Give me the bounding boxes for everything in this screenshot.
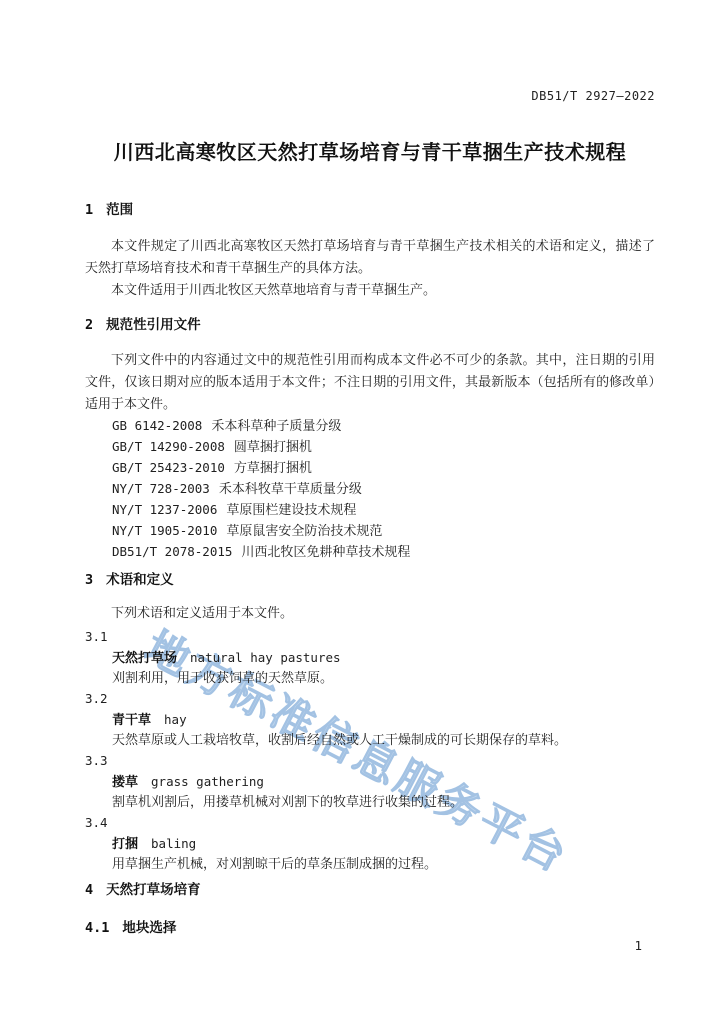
term-zh: 打捆 (112, 837, 138, 852)
term-title: 打捆baling (85, 833, 655, 855)
term-number: 3.1 (85, 627, 655, 647)
term-entry-3-3: 3.3 搂草grass gathering 割草机刈割后，用搂草机械对刈割下的牧… (85, 751, 655, 813)
term-en: baling (151, 836, 196, 851)
reference-title: 川西北牧区免耕种草技术规程 (241, 545, 410, 560)
term-definition: 割草机刈割后，用搂草机械对刈割下的牧草进行收集的过程。 (85, 793, 655, 813)
term-definition: 用草捆生产机械，对刈割晾干后的草条压制成捆的过程。 (85, 855, 655, 875)
clause-3-number: 3 (85, 572, 93, 588)
term-entry-3-2: 3.2 青干草hay 天然草原或人工栽培牧草，收割后经自然或人工干燥制成的可长期… (85, 689, 655, 751)
reference-item: GB/T 14290-2008圆草捆打捆机 (85, 437, 655, 458)
reference-list: GB 6142-2008禾本科草种子质量分级 GB/T 14290-2008圆草… (85, 416, 655, 563)
clause-4-1-heading: 4.1地块选择 (85, 921, 655, 936)
reference-item: NY/T 1905-2010草原鼠害安全防治技术规范 (85, 521, 655, 542)
term-number: 3.2 (85, 689, 655, 709)
term-definition: 刈割利用，用于收获饲草的天然草原。 (85, 669, 655, 689)
reference-code: DB51/T 2078-2015 (112, 544, 232, 559)
clause-4-heading: 4天然打草场培育 (85, 883, 655, 898)
clause-1-heading: 1范围 (85, 203, 655, 218)
reference-code: GB 6142-2008 (112, 418, 202, 433)
clause-4-title: 天然打草场培育 (106, 882, 201, 898)
reference-title: 草原围栏建设技术规程 (226, 503, 356, 518)
reference-code: NY/T 728-2003 (112, 481, 210, 496)
page-number: 1 (634, 938, 642, 953)
terms-intro: 下列术语和定义适用于本文件。 (85, 603, 655, 625)
term-en: hay (164, 712, 187, 727)
reference-item: GB/T 25423-2010方草捆打捆机 (85, 458, 655, 479)
doc-code: DB51/T 2927—2022 (85, 89, 655, 104)
term-number: 3.3 (85, 751, 655, 771)
reference-title: 圆草捆打捆机 (234, 440, 312, 455)
page-content: DB51/T 2927—2022 川西北高寒牧区天然打草场培育与青干草捆生产技术… (0, 0, 724, 936)
reference-code: NY/T 1237-2006 (112, 502, 217, 517)
term-title: 青干草hay (85, 709, 655, 731)
clause-1-number: 1 (85, 202, 93, 218)
clause-1-title: 范围 (106, 202, 133, 218)
clause-4-1-title: 地块选择 (122, 920, 176, 936)
term-definition: 天然草原或人工栽培牧草，收割后经自然或人工干燥制成的可长期保存的草料。 (85, 731, 655, 751)
clause-1-paragraph-2: 本文件适用于川西北牧区天然草地培育与青干草捆生产。 (85, 280, 655, 302)
term-number: 3.4 (85, 813, 655, 833)
doc-title: 川西北高寒牧区天然打草场培育与青干草捆生产技术规程 (85, 140, 655, 164)
reference-title: 草原鼠害安全防治技术规范 (226, 524, 382, 539)
term-title: 搂草grass gathering (85, 771, 655, 793)
reference-item: NY/T 1237-2006草原围栏建设技术规程 (85, 500, 655, 521)
reference-title: 禾本科牧草干草质量分级 (219, 482, 362, 497)
term-en: natural hay pastures (190, 650, 341, 665)
term-zh: 搂草 (112, 775, 138, 790)
reference-item: DB51/T 2078-2015川西北牧区免耕种草技术规程 (85, 542, 655, 563)
term-zh: 天然打草场 (112, 651, 177, 666)
term-zh: 青干草 (112, 713, 151, 728)
clause-2-heading: 2规范性引用文件 (85, 318, 655, 333)
clause-4-number: 4 (85, 882, 93, 898)
reference-title: 禾本科草种子质量分级 (211, 419, 341, 434)
term-entry-3-1: 3.1 天然打草场natural hay pastures 刈割利用，用于收获饲… (85, 627, 655, 689)
term-title: 天然打草场natural hay pastures (85, 647, 655, 669)
term-list: 3.1 天然打草场natural hay pastures 刈割利用，用于收获饲… (85, 627, 655, 875)
reference-code: GB/T 25423-2010 (112, 460, 225, 475)
term-entry-3-4: 3.4 打捆baling 用草捆生产机械，对刈割晾干后的草条压制成捆的过程。 (85, 813, 655, 875)
document-page: 地方标准信息服务平台 DB51/T 2927—2022 川西北高寒牧区天然打草场… (0, 0, 724, 1024)
clause-1-paragraph-1: 本文件规定了川西北高寒牧区天然打草场培育与青干草捆生产技术相关的术语和定义，描述… (85, 236, 655, 280)
clause-2-paragraph-1: 下列文件中的内容通过文中的规范性引用而构成本文件必不可少的条款。其中，注日期的引… (85, 350, 655, 416)
reference-item: NY/T 728-2003禾本科牧草干草质量分级 (85, 479, 655, 500)
reference-code: NY/T 1905-2010 (112, 523, 217, 538)
clause-2-number: 2 (85, 317, 93, 333)
term-en: grass gathering (151, 774, 264, 789)
clause-3-heading: 3术语和定义 (85, 573, 655, 588)
reference-title: 方草捆打捆机 (234, 461, 312, 476)
reference-code: GB/T 14290-2008 (112, 439, 225, 454)
clause-2-title: 规范性引用文件 (106, 317, 201, 333)
clause-3-title: 术语和定义 (106, 572, 174, 588)
clause-4-1-number: 4.1 (85, 920, 109, 936)
reference-item: GB 6142-2008禾本科草种子质量分级 (85, 416, 655, 437)
